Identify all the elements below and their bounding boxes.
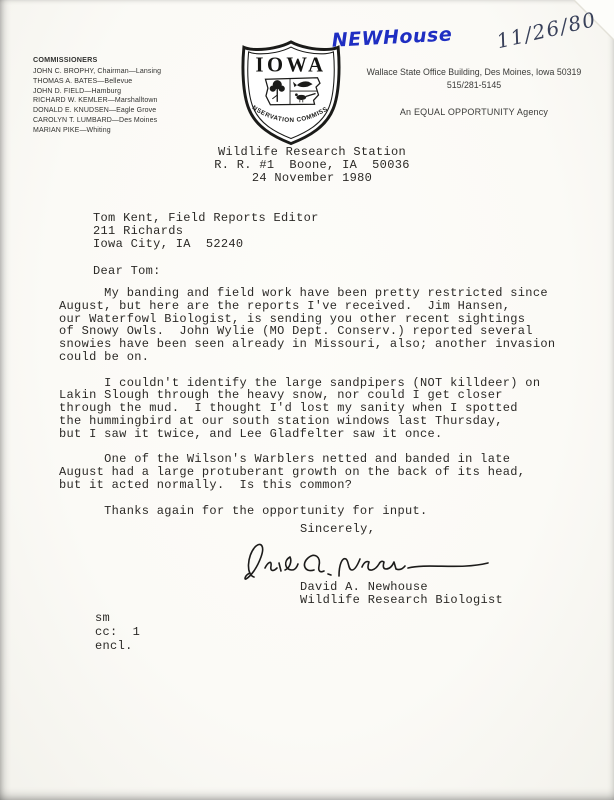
commissioner-name: THOMAS A. BATES—Bellevue	[33, 77, 183, 87]
signer-block: David A. Newhouse Wildlife Research Biol…	[300, 581, 503, 607]
iowa-map-graphic	[265, 78, 319, 105]
sender-line: Wildlife Research Station	[178, 146, 446, 159]
sender-line: R. R. #1 Boone, IA 50036	[178, 159, 446, 172]
commissioner-name: JOHN C. BROPHY, Chairman—Lansing	[33, 67, 183, 77]
office-phone: 515/281-5145	[352, 79, 596, 92]
handwritten-date-text: 11/26/80	[494, 7, 598, 53]
logo-state-name: IOWA	[255, 54, 326, 76]
salutation: Dear Tom:	[93, 265, 161, 278]
commissioner-name: JOHN D. FIELD—Hamburg	[33, 87, 183, 97]
reference-block: sm cc: 1 encl.	[95, 611, 140, 654]
handwritten-date-annotation: 11/26/80	[488, 2, 598, 54]
iowa-conservation-shield-logo: IOWA	[236, 39, 346, 147]
handwritten-name-annotation: NEWHouse	[326, 14, 486, 58]
recipient-block: Tom Kent, Field Reports Editor 211 Richa…	[93, 212, 319, 250]
commissioner-name: MARIAN PIKE—Whiting	[33, 126, 183, 136]
body-line: could be on.	[59, 351, 579, 364]
body-line	[59, 364, 579, 377]
body-line	[59, 492, 579, 505]
commissioner-name: RICHARD W. KEMLER—Marshalltown	[33, 96, 183, 106]
reference-line: cc: 1	[95, 625, 140, 639]
recipient-line: Iowa City, IA 52240	[93, 238, 319, 251]
scanned-letter-page: NEWHouse 11/26/80 COMMISSIONERS JOHN C. …	[0, 0, 614, 800]
recipient-line: 211 Richards	[93, 225, 319, 238]
body-line: the hummingbird at our south station win…	[59, 415, 579, 428]
closing-text: Sincerely,	[300, 523, 375, 536]
reference-line: sm	[95, 611, 140, 625]
body-line: but I saw it twice, and Lee Gladfelter s…	[59, 428, 579, 441]
equal-opportunity-line: An EQUAL OPPORTUNITY Agency	[352, 107, 596, 117]
sender-line: 24 November 1980	[178, 172, 446, 185]
body-line: August, but here are the reports I've re…	[59, 300, 579, 313]
commissioners-list: COMMISSIONERS JOHN C. BROPHY, Chairman—L…	[33, 55, 183, 136]
handwritten-name-text: NEWHouse	[331, 23, 453, 51]
commissioners-title: COMMISSIONERS	[33, 55, 183, 64]
body-line: but it acted normally. Is this common?	[59, 479, 579, 492]
office-address-block: Wallace State Office Building, Des Moine…	[352, 66, 596, 92]
body-line: My banding and field work have been pret…	[59, 287, 579, 300]
office-address: Wallace State Office Building, Des Moine…	[352, 66, 596, 79]
commissioner-name: DONALD E. KNUDSEN—Eagle Grove	[33, 106, 183, 116]
letter-body: My banding and field work have been pret…	[59, 287, 579, 517]
closing: Sincerely,	[300, 523, 375, 536]
recipient-line: Tom Kent, Field Reports Editor	[93, 212, 319, 225]
commissioner-name: CAROLYN T. LUMBARD—Des Moines	[33, 116, 183, 126]
body-line: Thanks again for the opportunity for inp…	[59, 505, 579, 518]
reference-line: encl.	[95, 639, 140, 653]
commissioner-names: JOHN C. BROPHY, Chairman—Lansing THOMAS …	[33, 67, 183, 136]
salutation-text: Dear Tom:	[93, 265, 161, 278]
sender-block: Wildlife Research Station R. R. #1 Boone…	[178, 146, 446, 184]
signer-title: Wildlife Research Biologist	[300, 594, 503, 607]
